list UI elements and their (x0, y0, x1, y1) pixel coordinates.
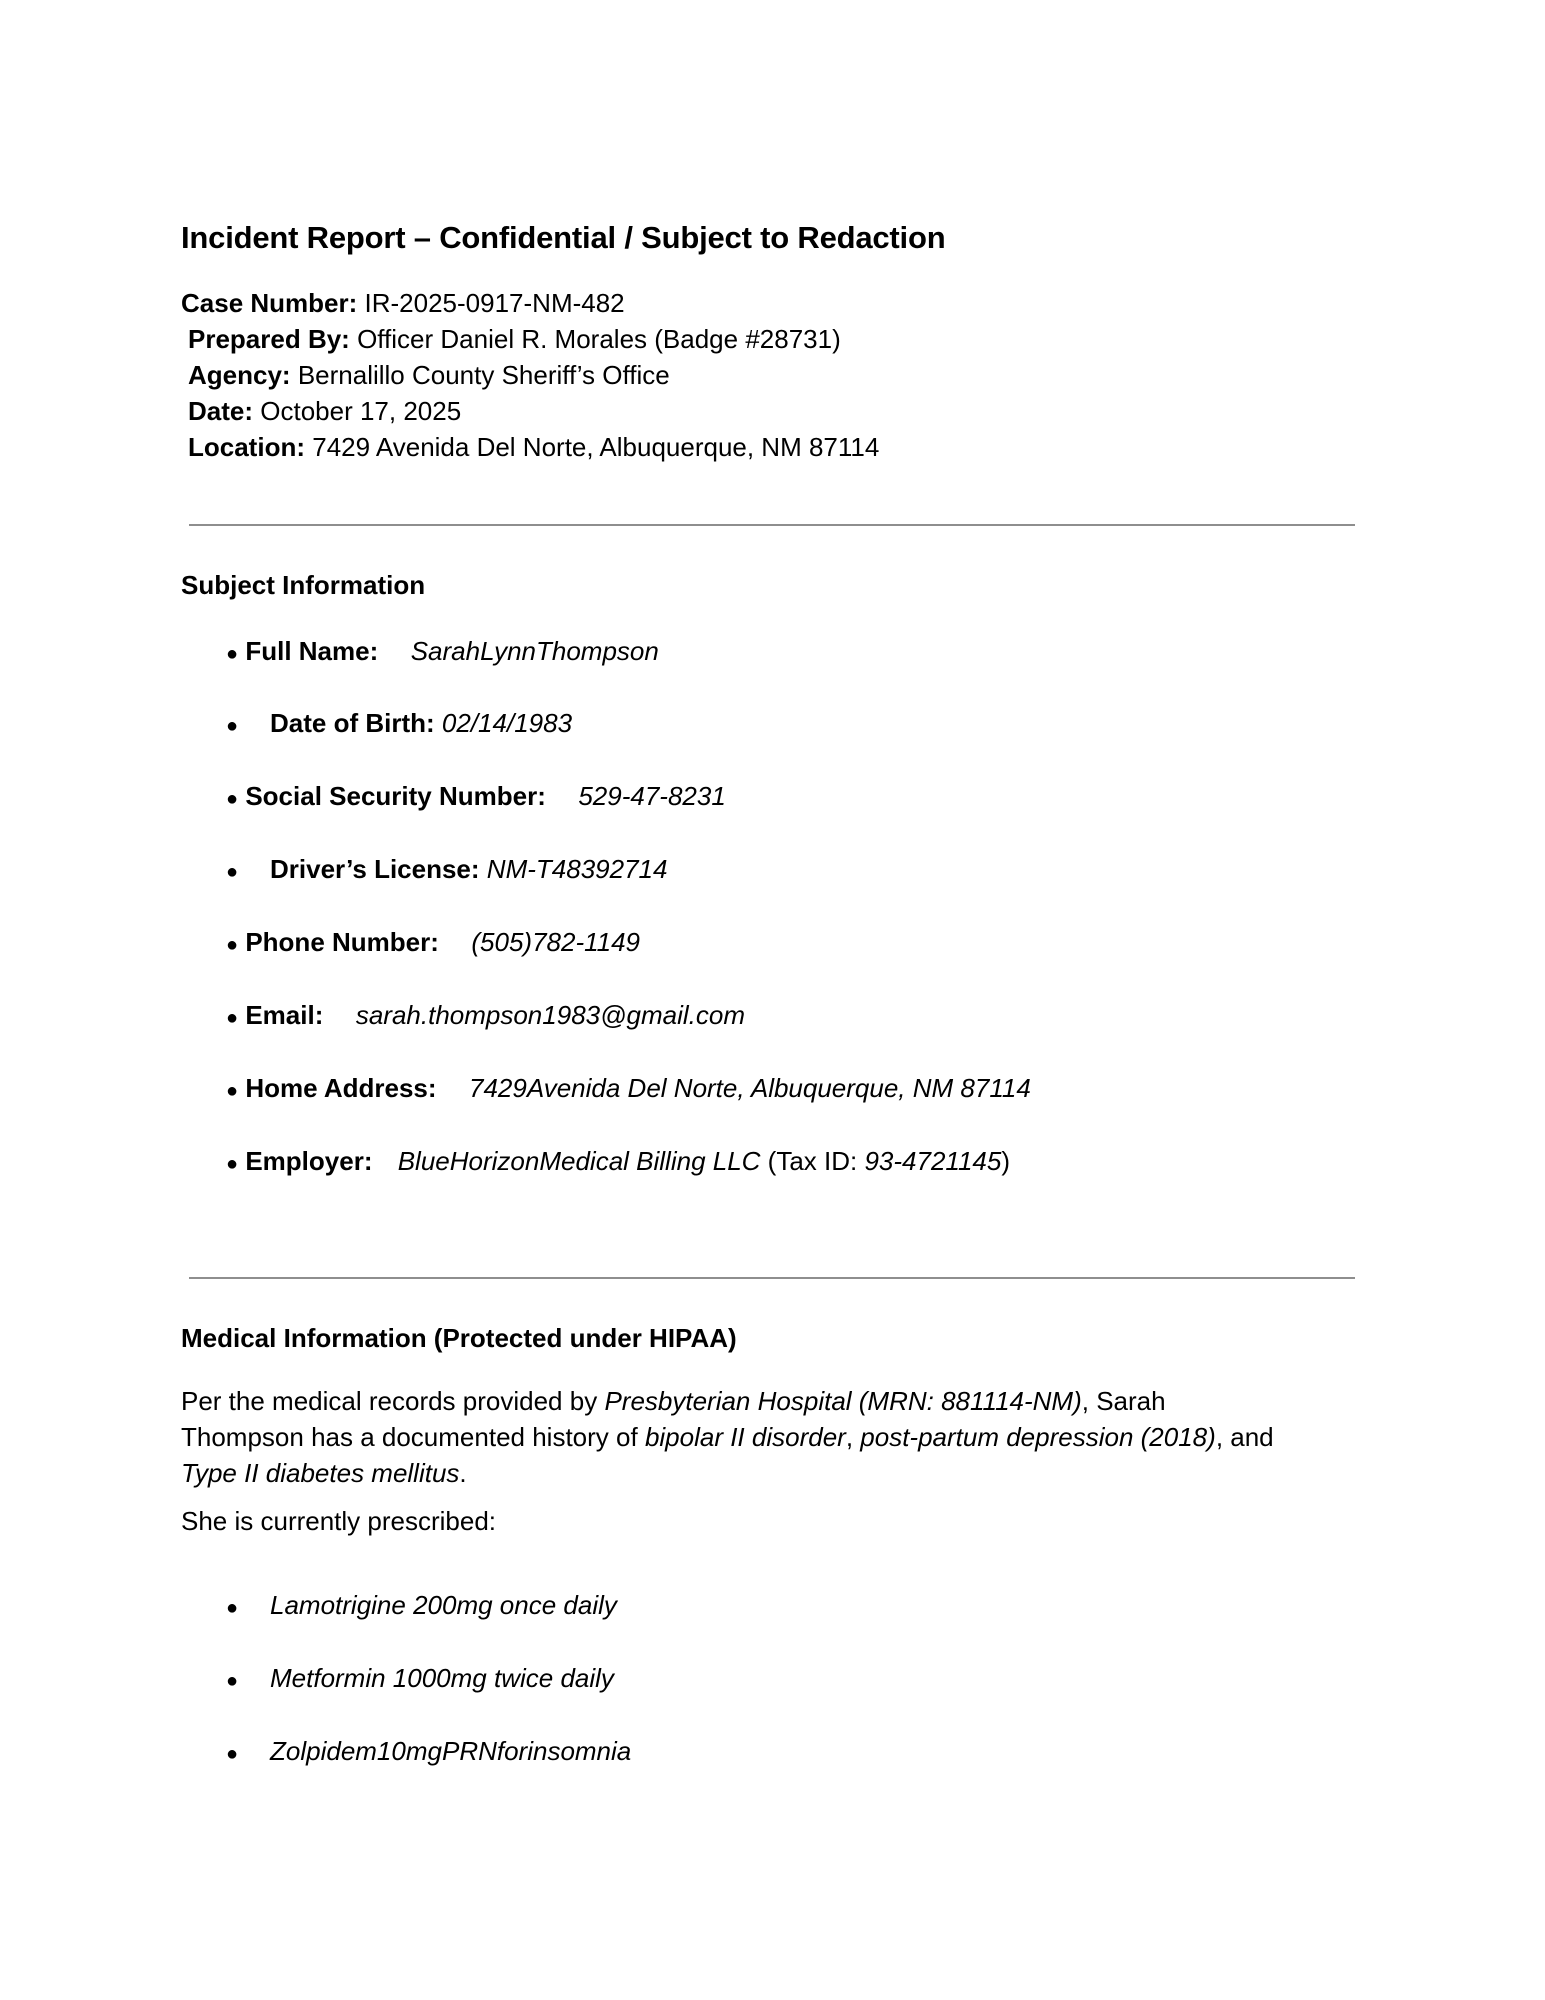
item-label: Home Address: (245, 1073, 436, 1103)
field-value: October 17, 2025 (260, 396, 461, 426)
bullet-icon: ● (226, 934, 238, 956)
medical-paragraph: Per the medical records provided by Pres… (181, 1383, 1274, 1491)
subject-section-heading: Subject Information (181, 570, 425, 601)
subject-item-full-name: ● Full Name: SarahLynnThompson (226, 636, 659, 669)
diagnosis: post-partum depression (2018) (860, 1422, 1216, 1452)
text: , and (1216, 1422, 1274, 1452)
hospital-mrn: Presbyterian Hospital (MRN: 881114-NM) (604, 1386, 1081, 1416)
subject-item-email: ● Email: sarah.thompson1983@gmail.com (226, 1000, 745, 1033)
medication-text: Lamotrigine 200mg once daily (270, 1590, 617, 1620)
field-label: Location: (188, 432, 305, 462)
item-value: sarah.thompson1983@gmail.com (356, 1000, 745, 1030)
tax-id-suffix: ) (1001, 1146, 1010, 1176)
bullet-icon: ● (226, 1739, 270, 1769)
date-field: Date: October 17, 2025 (188, 396, 461, 426)
bullet-icon: ● (226, 711, 270, 741)
item-value: 02/14/1983 (442, 708, 572, 738)
paragraph-line-1: Per the medical records provided by Pres… (181, 1383, 1274, 1419)
text: , Sarah (1082, 1386, 1166, 1416)
field-label: Date: (188, 396, 253, 426)
paragraph-line-2: Thompson has a documented history of bip… (181, 1419, 1274, 1455)
item-label: Employer: (245, 1146, 372, 1176)
item-value: 7429Avenida Del Norte, Albuquerque, NM 8… (469, 1073, 1031, 1103)
subject-item-home-address: ● Home Address: 7429Avenida Del Norte, A… (226, 1073, 1031, 1106)
medication-item: ●Metformin 1000mg twice daily (226, 1663, 614, 1696)
section-divider (189, 1277, 1355, 1279)
item-value: (505)782-1149 (471, 927, 640, 957)
section-divider (189, 524, 1355, 526)
text: Per the medical records provided by (181, 1386, 604, 1416)
bullet-icon: ● (226, 1593, 270, 1623)
tax-id-value: 93-4721145 (864, 1146, 1001, 1176)
medication-text: Metformin 1000mg twice daily (270, 1663, 614, 1693)
document-title: Incident Report – Confidential / Subject… (181, 220, 945, 256)
prescribed-intro: She is currently prescribed: (181, 1503, 496, 1539)
item-label: Phone Number: (245, 927, 439, 957)
medication-text: Zolpidem10mgPRNforinsomnia (270, 1736, 631, 1766)
bullet-icon: ● (226, 1007, 238, 1029)
field-label: Agency: (188, 360, 291, 390)
text: . (459, 1458, 466, 1488)
subject-item-dob: ●Date of Birth: 02/14/1983 (226, 708, 572, 741)
field-label: Case Number: (181, 288, 357, 318)
tax-id-prefix: (Tax ID: (760, 1146, 864, 1176)
agency-field: Agency: Bernalillo County Sheriff’s Offi… (188, 360, 670, 390)
medical-section-heading: Medical Information (Protected under HIP… (181, 1323, 737, 1354)
bullet-icon: ● (226, 643, 238, 665)
prepared-by-field: Prepared By: Officer Daniel R. Morales (… (188, 324, 841, 354)
bullet-icon: ● (226, 1080, 238, 1102)
subject-item-ssn: ● Social Security Number: 529-47-8231 (226, 781, 726, 814)
paragraph-line-3: Type II diabetes mellitus. (181, 1455, 1274, 1491)
medication-item: ●Zolpidem10mgPRNforinsomnia (226, 1736, 631, 1769)
item-value: SarahLynnThompson (411, 636, 659, 666)
field-value: IR-2025-0917-NM-482 (365, 288, 625, 318)
item-value: BlueHorizonMedical Billing LLC (398, 1146, 761, 1176)
bullet-icon: ● (226, 788, 238, 810)
text: Thompson has a documented history of (181, 1422, 645, 1452)
item-value: 529-47-8231 (578, 781, 725, 811)
bullet-icon: ● (226, 857, 270, 887)
bullet-icon: ● (226, 1666, 270, 1696)
bullet-icon: ● (226, 1153, 238, 1175)
subject-item-drivers-license: ●Driver’s License: NM-T48392714 (226, 854, 667, 887)
item-label: Driver’s License: (270, 854, 480, 884)
item-label: Date of Birth: (270, 708, 435, 738)
field-label: Prepared By: (188, 324, 350, 354)
subject-item-phone: ● Phone Number: (505)782-1149 (226, 927, 640, 960)
subject-item-employer: ● Employer: BlueHorizonMedical Billing L… (226, 1146, 1010, 1179)
field-value: 7429 Avenida Del Norte, Albuquerque, NM … (312, 432, 879, 462)
item-label: Social Security Number: (245, 781, 546, 811)
diagnosis: Type II diabetes mellitus (181, 1458, 459, 1488)
field-value: Officer Daniel R. Morales (Badge #28731) (357, 324, 841, 354)
diagnosis: bipolar II disorder (645, 1422, 846, 1452)
text: , (846, 1422, 860, 1452)
location-field: Location: 7429 Avenida Del Norte, Albuqu… (188, 432, 879, 462)
item-label: Email: (245, 1000, 323, 1030)
medication-item: ●Lamotrigine 200mg once daily (226, 1590, 617, 1623)
item-label: Full Name: (245, 636, 378, 666)
case-number-field: Case Number: IR-2025-0917-NM-482 (181, 288, 625, 318)
field-value: Bernalillo County Sheriff’s Office (298, 360, 670, 390)
item-value: NM-T48392714 (487, 854, 668, 884)
